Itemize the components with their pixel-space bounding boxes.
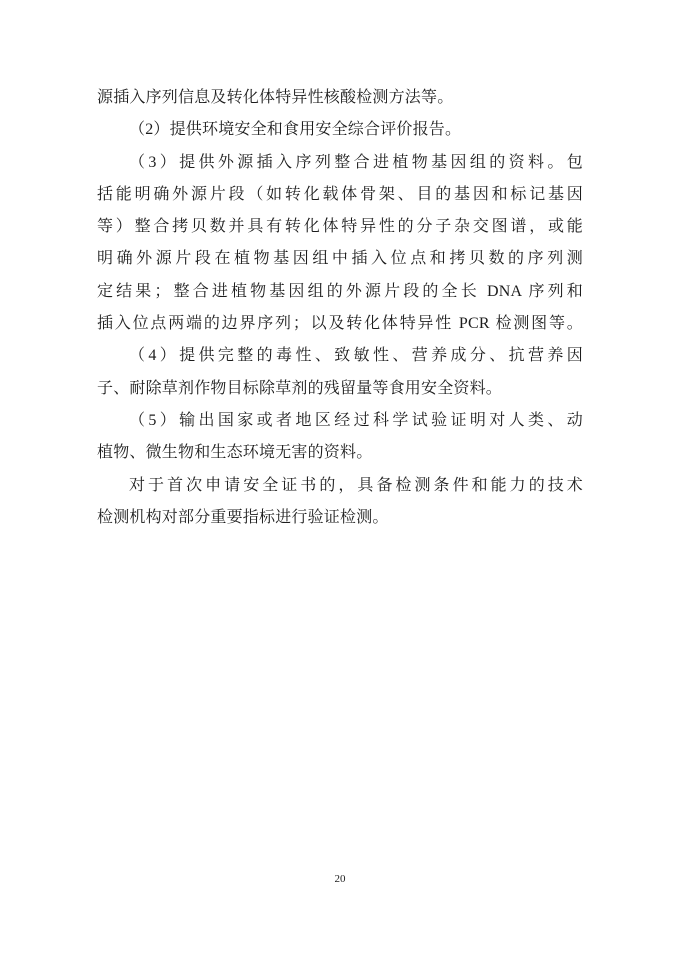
text-line: 对于首次申请安全证书的，具备检测条件和能力的技术 [97, 470, 583, 502]
text-line: （4）提供完整的毒性、致敏性、营养成分、抗营养因 [97, 340, 583, 372]
text-line: 检测机构对部分重要指标进行验证检测。 [97, 502, 583, 534]
text-line: 括能明确外源片段（如转化载体骨架、目的基因和标记基因 [97, 179, 583, 211]
text-line: 定结果；整合进植物基因组的外源片段的全长 DNA 序列和 [97, 276, 583, 308]
text-line: 明确外源片段在植物基因组中插入位点和拷贝数的序列测 [97, 243, 583, 275]
text-line: （2）提供环境安全和食用安全综合评价报告。 [97, 114, 583, 146]
text-line: （3）提供外源插入序列整合进植物基因组的资料。包 [97, 147, 583, 179]
page-number: 20 [0, 871, 680, 887]
text-line: 源插入序列信息及转化体特异性核酸检测方法等。 [97, 82, 583, 114]
text-line: （5）输出国家或者地区经过科学试验证明对人类、动 [97, 405, 583, 437]
text-line: 等）整合拷贝数并具有转化体特异性的分子杂交图谱，或能 [97, 211, 583, 243]
text-line: 插入位点两端的边界序列；以及转化体特异性 PCR 检测图等。 [97, 308, 583, 340]
text-line: 子、耐除草剂作物目标除草剂的残留量等食用安全资料。 [97, 373, 583, 405]
body-text: 源插入序列信息及转化体特异性核酸检测方法等。 （2）提供环境安全和食用安全综合评… [97, 82, 583, 534]
text-line: 植物、微生物和生态环境无害的资料。 [97, 437, 583, 469]
document-page: 源插入序列信息及转化体特异性核酸检测方法等。 （2）提供环境安全和食用安全综合评… [0, 0, 680, 961]
